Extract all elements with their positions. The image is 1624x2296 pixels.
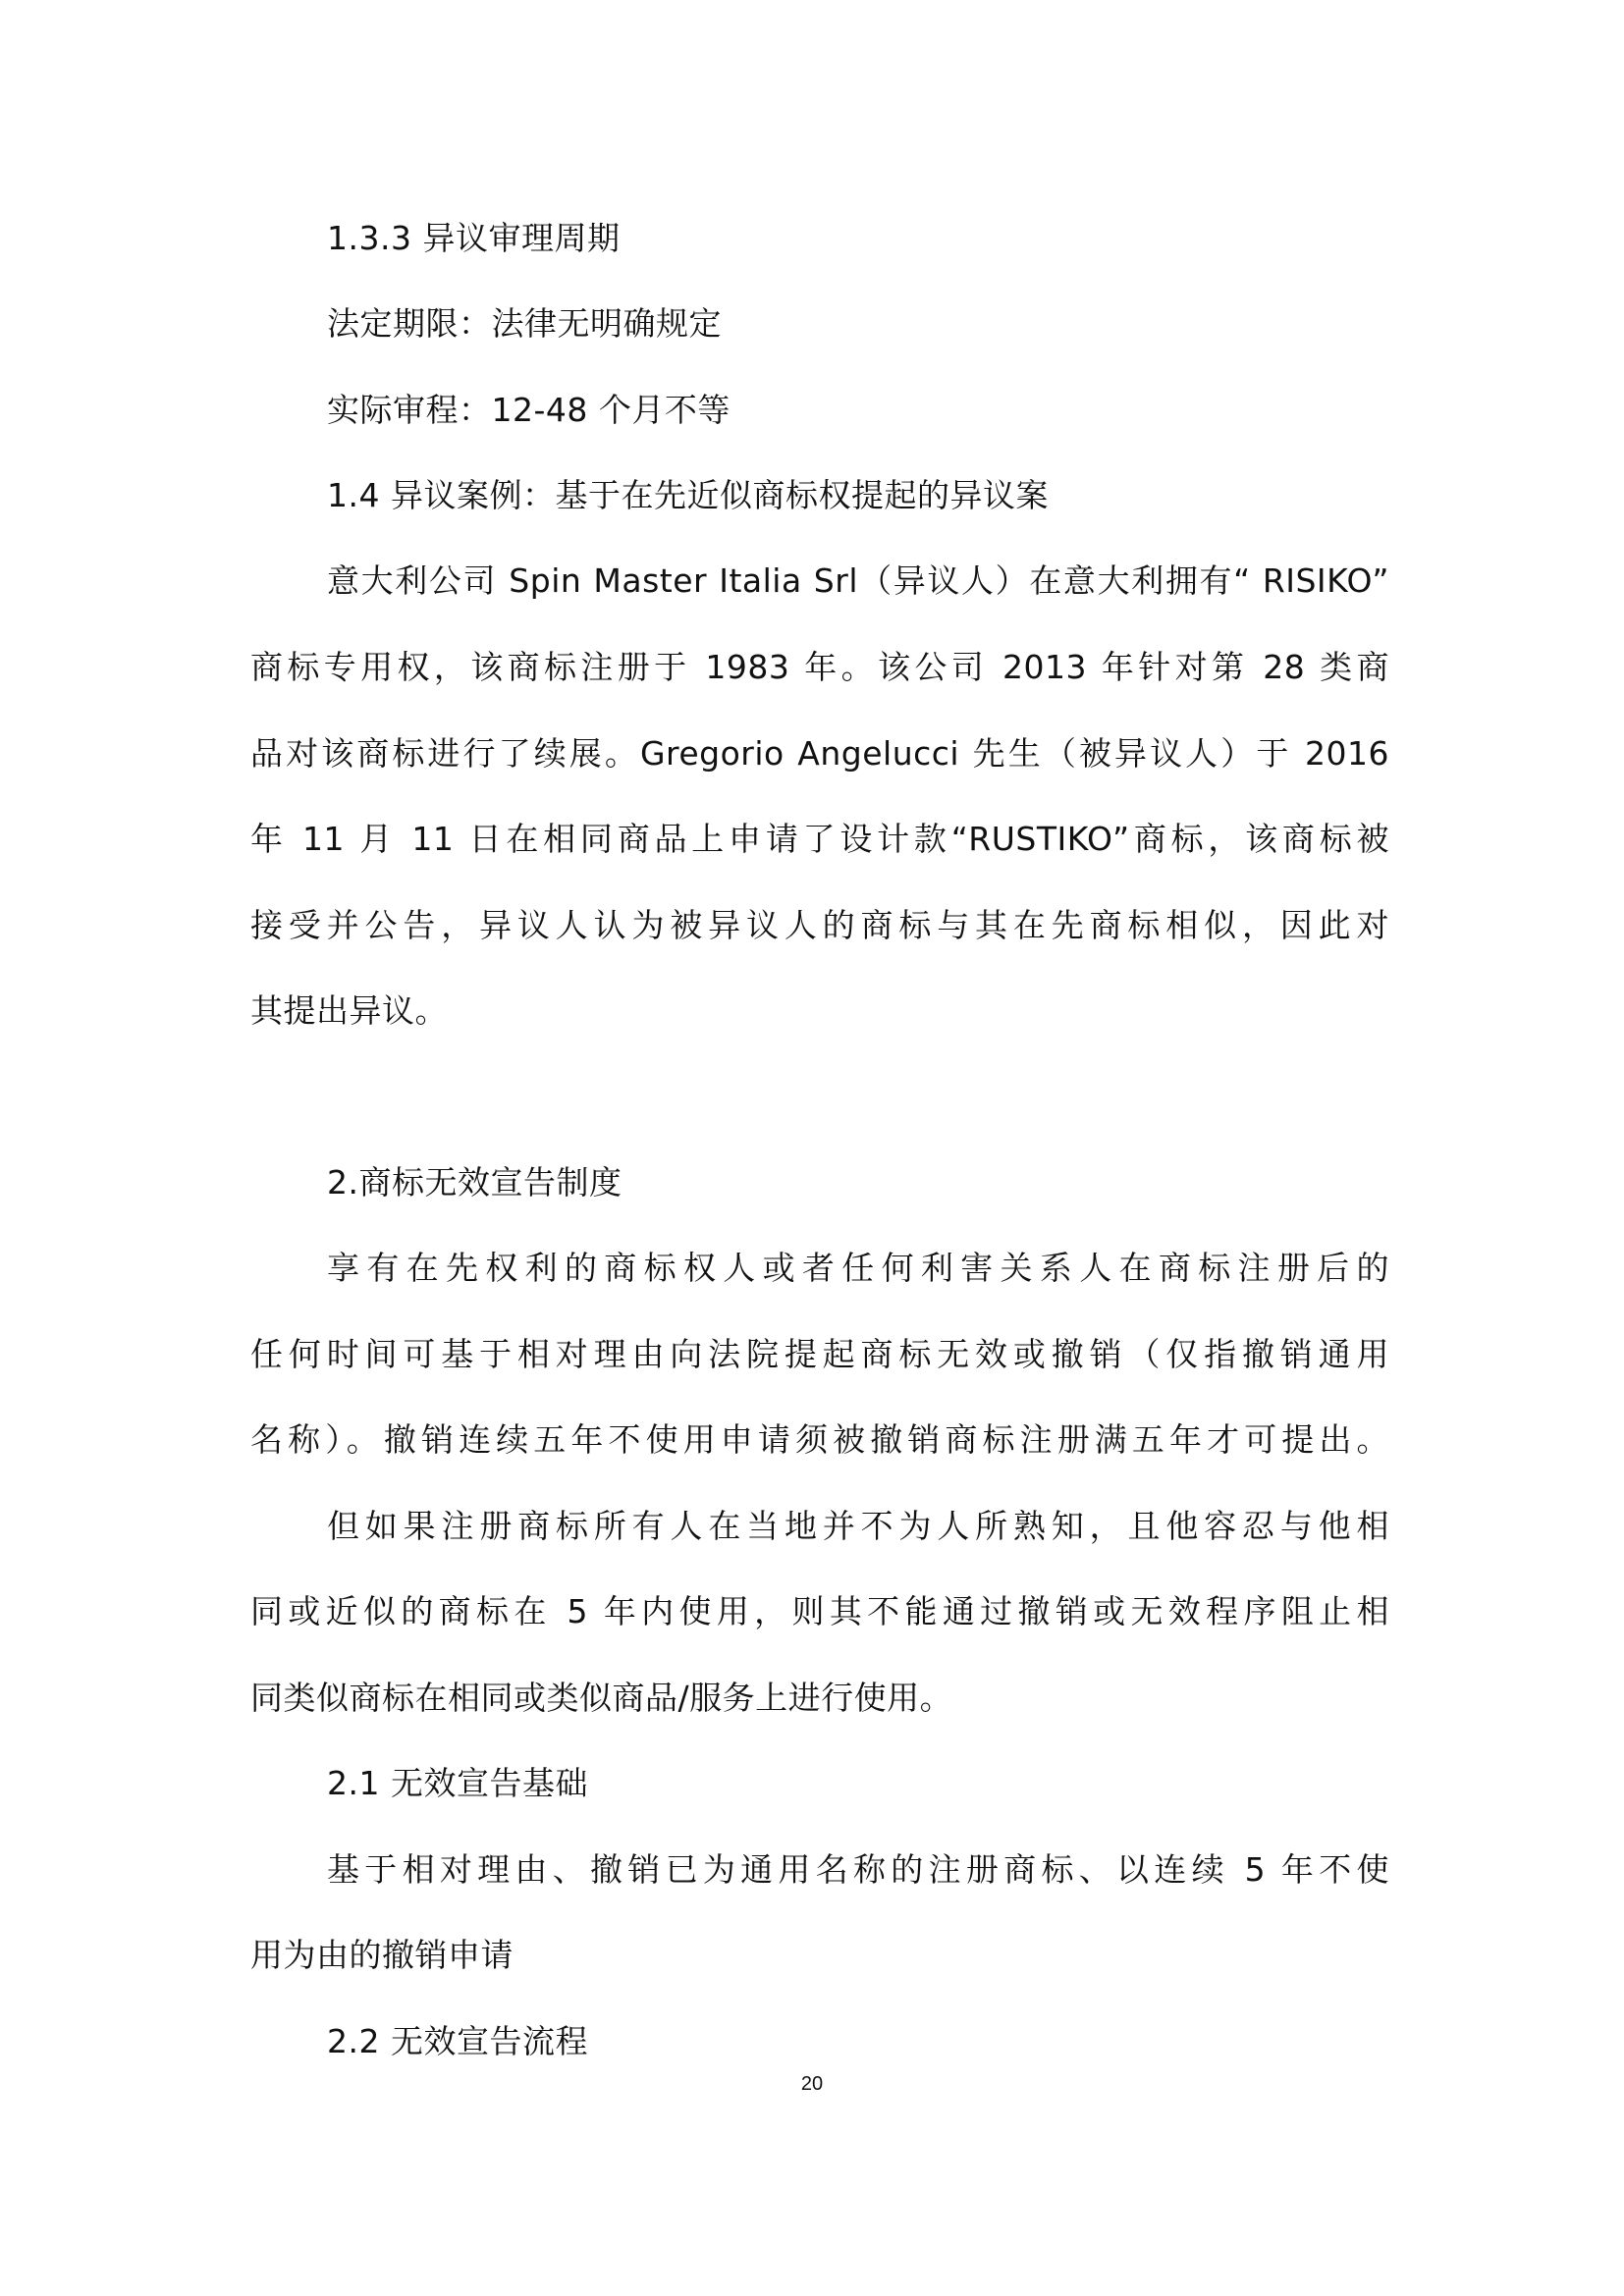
- invalidation-paragraph-line: 名称）。撤销连续五年不使用申请须被撤销商标注册满五年才可提出。: [250, 1418, 1389, 1462]
- heading-2-2: 2.2 无效宣告流程: [327, 2020, 1389, 2063]
- case-paragraph-line: 其提出异议。: [250, 989, 1389, 1033]
- page-number: 20: [785, 2073, 839, 2096]
- case-paragraph-line: 商标专用权，该商标注册于 1983 年。该公司 2013 年针对第 28 类商: [250, 646, 1389, 689]
- case-paragraph-line: 接受并公告，异议人认为被异议人的商标与其在先商标相似，因此对: [250, 904, 1389, 947]
- case-paragraph-line: 品对该商标进行了续展。Gregorio Angelucci 先生（被异议人）于 …: [250, 732, 1389, 775]
- case-paragraph-line: 年 11 月 11 日在相同商品上申请了设计款“RUSTIKO”商标，该商标被: [250, 818, 1389, 861]
- heading-1-4: 1.4 异议案例：基于在先近似商标权提起的异议案: [327, 474, 1389, 517]
- tolerance-paragraph-line: 同或近似的商标在 5 年内使用，则其不能通过撤销或无效程序阻止相: [250, 1590, 1389, 1633]
- tolerance-paragraph-line: 但如果注册商标所有人在当地并不为人所熟知，且他容忍与他相: [327, 1505, 1389, 1548]
- basis-paragraph-line: 用为由的撤销申请: [250, 1934, 1389, 1977]
- invalidation-paragraph-line: 享有在先权利的商标权人或者任何利害关系人在商标注册后的: [327, 1247, 1389, 1290]
- basis-paragraph-line: 基于相对理由、撤销已为通用名称的注册商标、以连续 5 年不使: [327, 1848, 1389, 1892]
- tolerance-paragraph-line: 同类似商标在相同或类似商品/服务上进行使用。: [250, 1677, 1389, 1720]
- heading-2-1: 2.1 无效宣告基础: [327, 1762, 1389, 1805]
- invalidation-paragraph-line: 任何时间可基于相对理由向法院提起商标无效或撤销（仅指撤销通用: [250, 1333, 1389, 1376]
- document-page: 1.3.3 异议审理周期 法定期限：法律无明确规定 实际审程：12-48 个月不…: [0, 0, 1624, 2296]
- statutory-period-text: 法定期限：法律无明确规定: [327, 302, 1389, 346]
- actual-duration-text: 实际审程：12-48 个月不等: [327, 389, 1389, 432]
- heading-1-3-3: 1.3.3 异议审理周期: [327, 217, 1389, 260]
- heading-2: 2.商标无效宣告制度: [327, 1161, 1389, 1204]
- case-paragraph-line: 意大利公司 Spin Master Italia Srl（异议人）在意大利拥有“…: [327, 560, 1389, 603]
